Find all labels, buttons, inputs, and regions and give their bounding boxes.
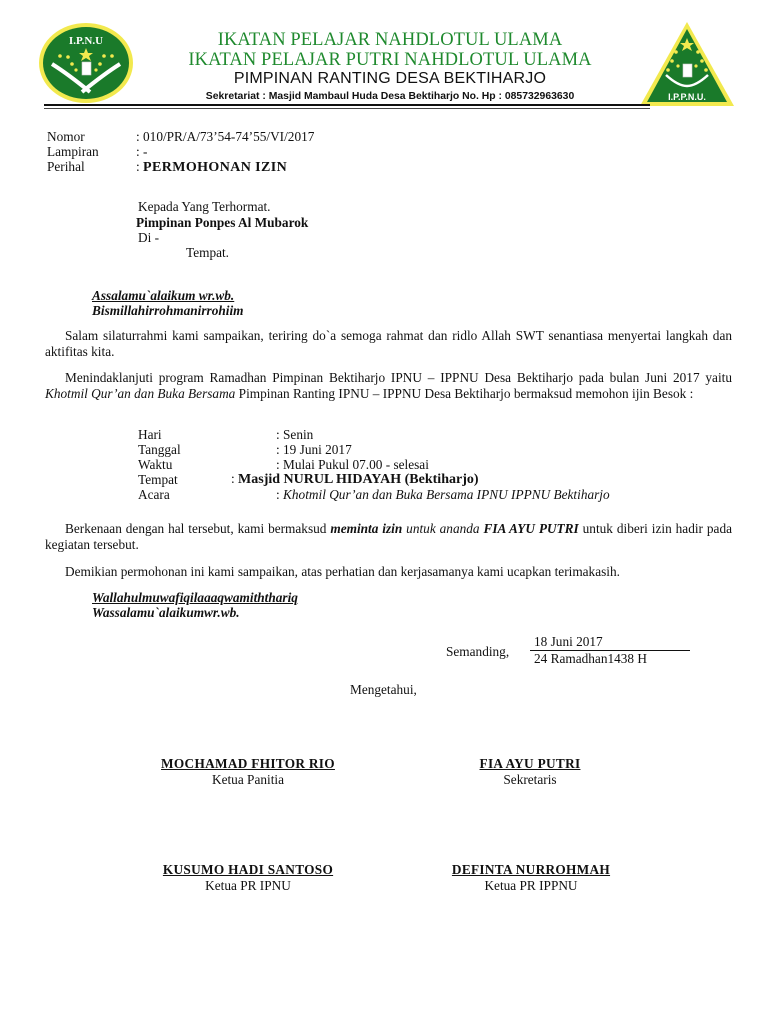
- nomor-label: Nomor: [47, 129, 85, 145]
- signatory-role: Ketua PR IPNU: [130, 878, 366, 894]
- event-value-tanggal: : 19 Juni 2017: [276, 442, 352, 458]
- paragraph-request: Berkenaan dengan hal tersebut, kami berm…: [45, 521, 732, 553]
- mengetahui-label: Mengetahui,: [350, 682, 417, 698]
- event-value-tempat-row: : Masjid NURUL HIDAYAH (Bektiharjo): [231, 471, 479, 488]
- letterhead-divider-thick: [44, 104, 650, 106]
- event-label-tempat: Tempat: [138, 472, 178, 488]
- signatory-name: KUSUMO HADI SANTOSO: [130, 862, 366, 878]
- signature-ketua-panitia: MOCHAMAD FHITOR RIO Ketua Panitia: [130, 756, 366, 788]
- student-name: FIA AYU PUTRI: [483, 521, 578, 536]
- date-hijri: 24 Ramadhan1438 H: [534, 651, 647, 667]
- signatory-name: MOCHAMAD FHITOR RIO: [130, 756, 366, 772]
- recipient-place: Tempat.: [186, 245, 229, 261]
- ippnu-logo: I.P.P.N.U.: [638, 20, 736, 108]
- paragraph-greeting: Salam silaturrahmi kami sampaikan, terir…: [45, 328, 732, 360]
- signatory-role: Ketua Panitia: [130, 772, 366, 788]
- paragraph-closing: Demikian permohonan ini kami sampaikan, …: [45, 564, 732, 580]
- date-gregorian: 18 Juni 2017: [534, 634, 603, 650]
- signatory-name: FIA AYU PUTRI: [430, 756, 630, 772]
- svg-text:I.P.N.U: I.P.N.U: [69, 35, 103, 47]
- perihal-label: Perihal: [47, 159, 85, 175]
- perihal-colon: :: [136, 159, 140, 174]
- org-name-ipnu: IKATAN PELAJAR NAHDLOTUL ULAMA: [150, 30, 630, 51]
- event-label-acara: Acara: [138, 487, 170, 503]
- event-value-acara: Khotmil Qur’an dan Buka Bersama IPNU IPP…: [283, 487, 610, 502]
- date-place: Semanding,: [446, 644, 509, 660]
- org-name-ippnu: IKATAN PELAJAR PUTRI NAHDLOTUL ULAMA: [150, 50, 630, 71]
- lampiran-value: : -: [136, 144, 147, 160]
- greeting: Assalamu`alaikum wr.wb.: [92, 288, 234, 304]
- secretariat-address: Sekretariat : Masjid Mambaul Huda Desa B…: [150, 91, 630, 102]
- ippnu-emblem-icon: I.P.P.N.U.: [638, 20, 736, 108]
- recipient-salutation: Kepada Yang Terhormat.: [138, 199, 271, 215]
- branch-name: PIMPINAN RANTING DESA BEKTIHARJO: [150, 70, 630, 88]
- ipnu-logo: I.P.N.U: [38, 22, 134, 104]
- event-label-hari: Hari: [138, 427, 162, 443]
- perihal-value: PERMOHONAN IZIN: [143, 160, 287, 175]
- event-value-acara-row: : Khotmil Qur’an dan Buka Bersama IPNU I…: [276, 487, 610, 503]
- event-label-tanggal: Tanggal: [138, 442, 181, 458]
- paragraph-program: Menindaklanjuti program Ramadhan Pimpina…: [45, 370, 732, 402]
- event-value-tempat: Masjid NURUL HIDAYAH (Bektiharjo): [238, 472, 478, 487]
- letterhead-divider-thin: [44, 108, 650, 109]
- nomor-value: : 010/PR/A/73’54-74’55/VI/2017: [136, 129, 314, 145]
- signature-sekretaris: FIA AYU PUTRI Sekretaris: [430, 756, 630, 788]
- closing-greeting: Wassalamu`alaikumwr.wb.: [92, 605, 240, 621]
- event-label-waktu: Waktu: [138, 457, 172, 473]
- svg-text:I.P.P.N.U.: I.P.P.N.U.: [668, 92, 706, 102]
- recipient-name: Pimpinan Ponpes Al Mubarok: [136, 215, 308, 231]
- signature-ketua-ipnu: KUSUMO HADI SANTOSO Ketua PR IPNU: [130, 862, 366, 894]
- signatory-role: Sekretaris: [430, 772, 630, 788]
- event-value-hari: : Senin: [276, 427, 313, 443]
- signatory-name: DEFINTA NURROHMAH: [430, 862, 632, 878]
- closing-prayer: Wallahulmuwafiqilaaaqwamiththariq: [92, 590, 298, 606]
- signature-ketua-ippnu: DEFINTA NURROHMAH Ketua PR IPPNU: [430, 862, 632, 894]
- recipient-di: Di -: [138, 230, 159, 246]
- basmalah: Bismillahirrohmanirrohiim: [92, 303, 244, 319]
- ipnu-emblem-icon: I.P.N.U: [38, 22, 134, 104]
- signatory-role: Ketua PR IPPNU: [430, 878, 632, 894]
- lampiran-label: Lampiran: [47, 144, 99, 160]
- perihal-row: : PERMOHONAN IZIN: [136, 159, 287, 176]
